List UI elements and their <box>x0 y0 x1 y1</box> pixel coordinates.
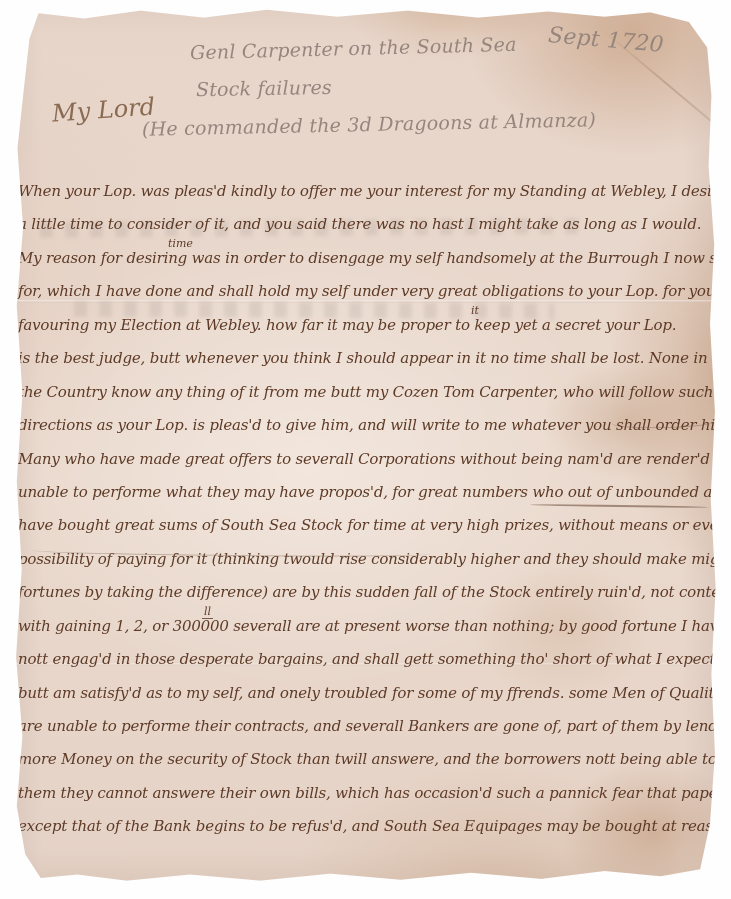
pencil-annotation-subject: Stock failures <box>196 77 332 101</box>
body-line: except that of the Bank begins to be ref… <box>18 811 716 844</box>
body-line: more Money on the security of Stock than… <box>18 744 716 777</box>
body-line: nott engag'd in those desperate bargains… <box>18 644 716 677</box>
body-line: for, which I have done and shall hold my… <box>18 276 716 309</box>
letter-scan: Genl Carpenter on the South Sea Sept 172… <box>0 0 731 899</box>
interlinear-insertion-time: time <box>168 237 193 250</box>
body-line: with gaining 1, 2, or 300000 severall ar… <box>18 611 716 644</box>
body-line: have bought great sums of South Sea Stoc… <box>18 510 716 543</box>
body-line: fortunes by taking the difference) are b… <box>18 577 716 610</box>
letter-body: When your Lop. was pleas'd kindly to off… <box>18 176 716 845</box>
body-line: Many who have made great offers to sever… <box>18 444 716 477</box>
body-line: the Country know any thing of it from me… <box>18 377 716 410</box>
body-line: butt am satisfy'd as to my self, and one… <box>18 678 716 711</box>
pencil-annotation-note: (He commanded the 3d Dragoons at Almanza… <box>142 109 596 141</box>
pencil-annotation-date: Sept 1720 <box>547 23 665 58</box>
body-line: favouring my Election at Webley. how far… <box>18 310 716 343</box>
interlinear-insertion-it: it <box>471 304 479 317</box>
pencil-annotation-heading: Genl Carpenter on the South Sea <box>190 34 517 65</box>
body-line: When your Lop. was pleas'd kindly to off… <box>18 176 716 209</box>
body-line: My reason for desiring was in order to d… <box>18 243 716 276</box>
letter-paper: Genl Carpenter on the South Sea Sept 172… <box>14 8 717 885</box>
body-line: them they cannot answere their own bills… <box>18 778 716 811</box>
body-line: are unable to performe their contracts, … <box>18 711 716 744</box>
body-line: is the best judge, butt whenever you thi… <box>18 343 716 376</box>
salutation: My Lord <box>51 92 156 127</box>
superscript-pounds-abbreviation: ll <box>202 605 213 619</box>
body-line: a little time to consider of it, and you… <box>18 209 716 242</box>
